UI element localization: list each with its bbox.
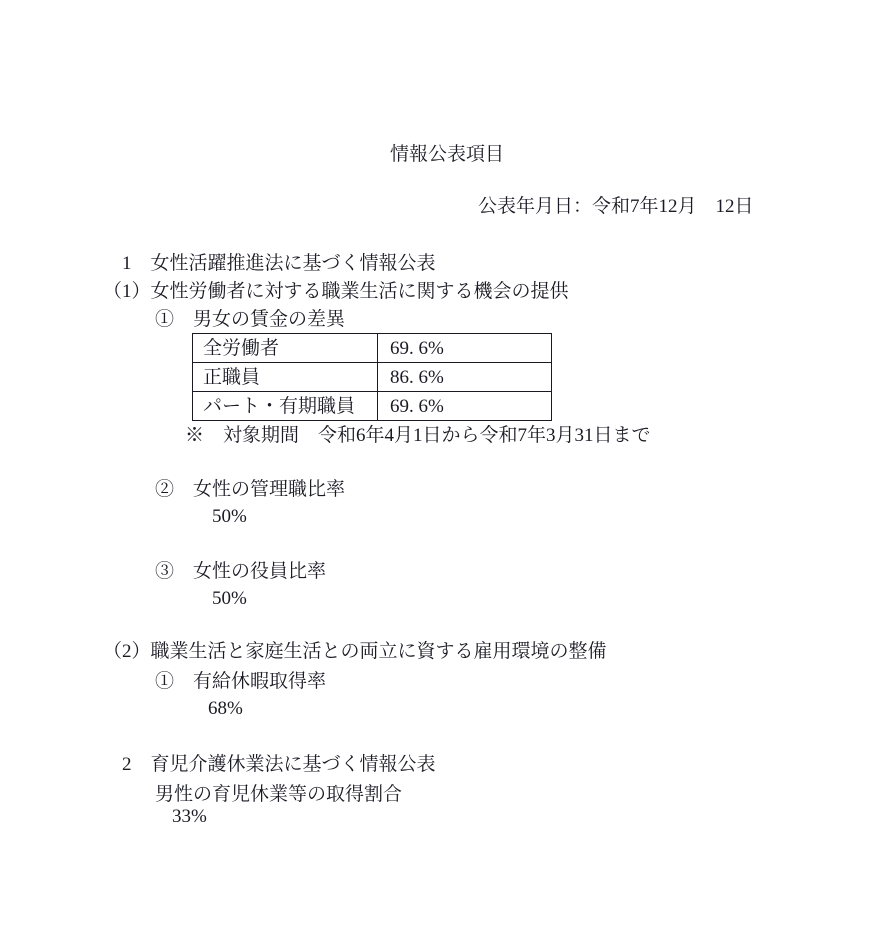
male-childcare-leave-value: 33%: [172, 806, 207, 828]
table-cell-value: 69. 6%: [378, 334, 552, 363]
table-cell-value: 86. 6%: [378, 363, 552, 392]
table-cell-value: 69. 6%: [378, 392, 552, 421]
wage-gap-table: 全労働者 69. 6% 正職員 86. 6% パート・有期職員 69. 6%: [192, 333, 552, 421]
item-paid-leave-label: ① 有給休暇取得率: [155, 671, 326, 693]
female-officers-value: 50%: [212, 588, 247, 610]
table-cell-label: 全労働者: [193, 334, 378, 363]
page-title: 情報公表項目: [390, 144, 504, 166]
table-row: 正職員 86. 6%: [193, 363, 552, 392]
female-managers-value: 50%: [212, 506, 247, 528]
item-female-officers-label: ③ 女性の役員比率: [155, 561, 326, 583]
item-wage-gap-label: ① 男女の賃金の差異: [155, 309, 345, 331]
section-2-heading: 2 育児介護休業法に基づく情報公表: [122, 754, 436, 776]
section-1-1-heading: （1）女性労働者に対する職業生活に関する機会の提供: [103, 281, 569, 303]
section-1-heading: 1 女性活躍推進法に基づく情報公表: [122, 253, 436, 275]
publication-date: 公表年月日：令和7年12月 12日: [478, 196, 754, 218]
table-row: パート・有期職員 69. 6%: [193, 392, 552, 421]
table-cell-label: 正職員: [193, 363, 378, 392]
table-row: 全労働者 69. 6%: [193, 334, 552, 363]
item-male-childcare-leave-label: 男性の育児休業等の取得割合: [155, 784, 402, 806]
section-1-2-heading: （2）職業生活と家庭生活との両立に資する雇用環境の整備: [103, 641, 607, 663]
paid-leave-value: 68%: [208, 698, 243, 720]
document-page: 情報公表項目 公表年月日：令和7年12月 12日 1 女性活躍推進法に基づく情報…: [0, 0, 895, 935]
wage-gap-note: ※ 対象期間 令和6年4月1日から令和7年3月31日まで: [185, 425, 651, 447]
table-cell-label: パート・有期職員: [193, 392, 378, 421]
item-female-managers-label: ② 女性の管理職比率: [155, 479, 345, 501]
